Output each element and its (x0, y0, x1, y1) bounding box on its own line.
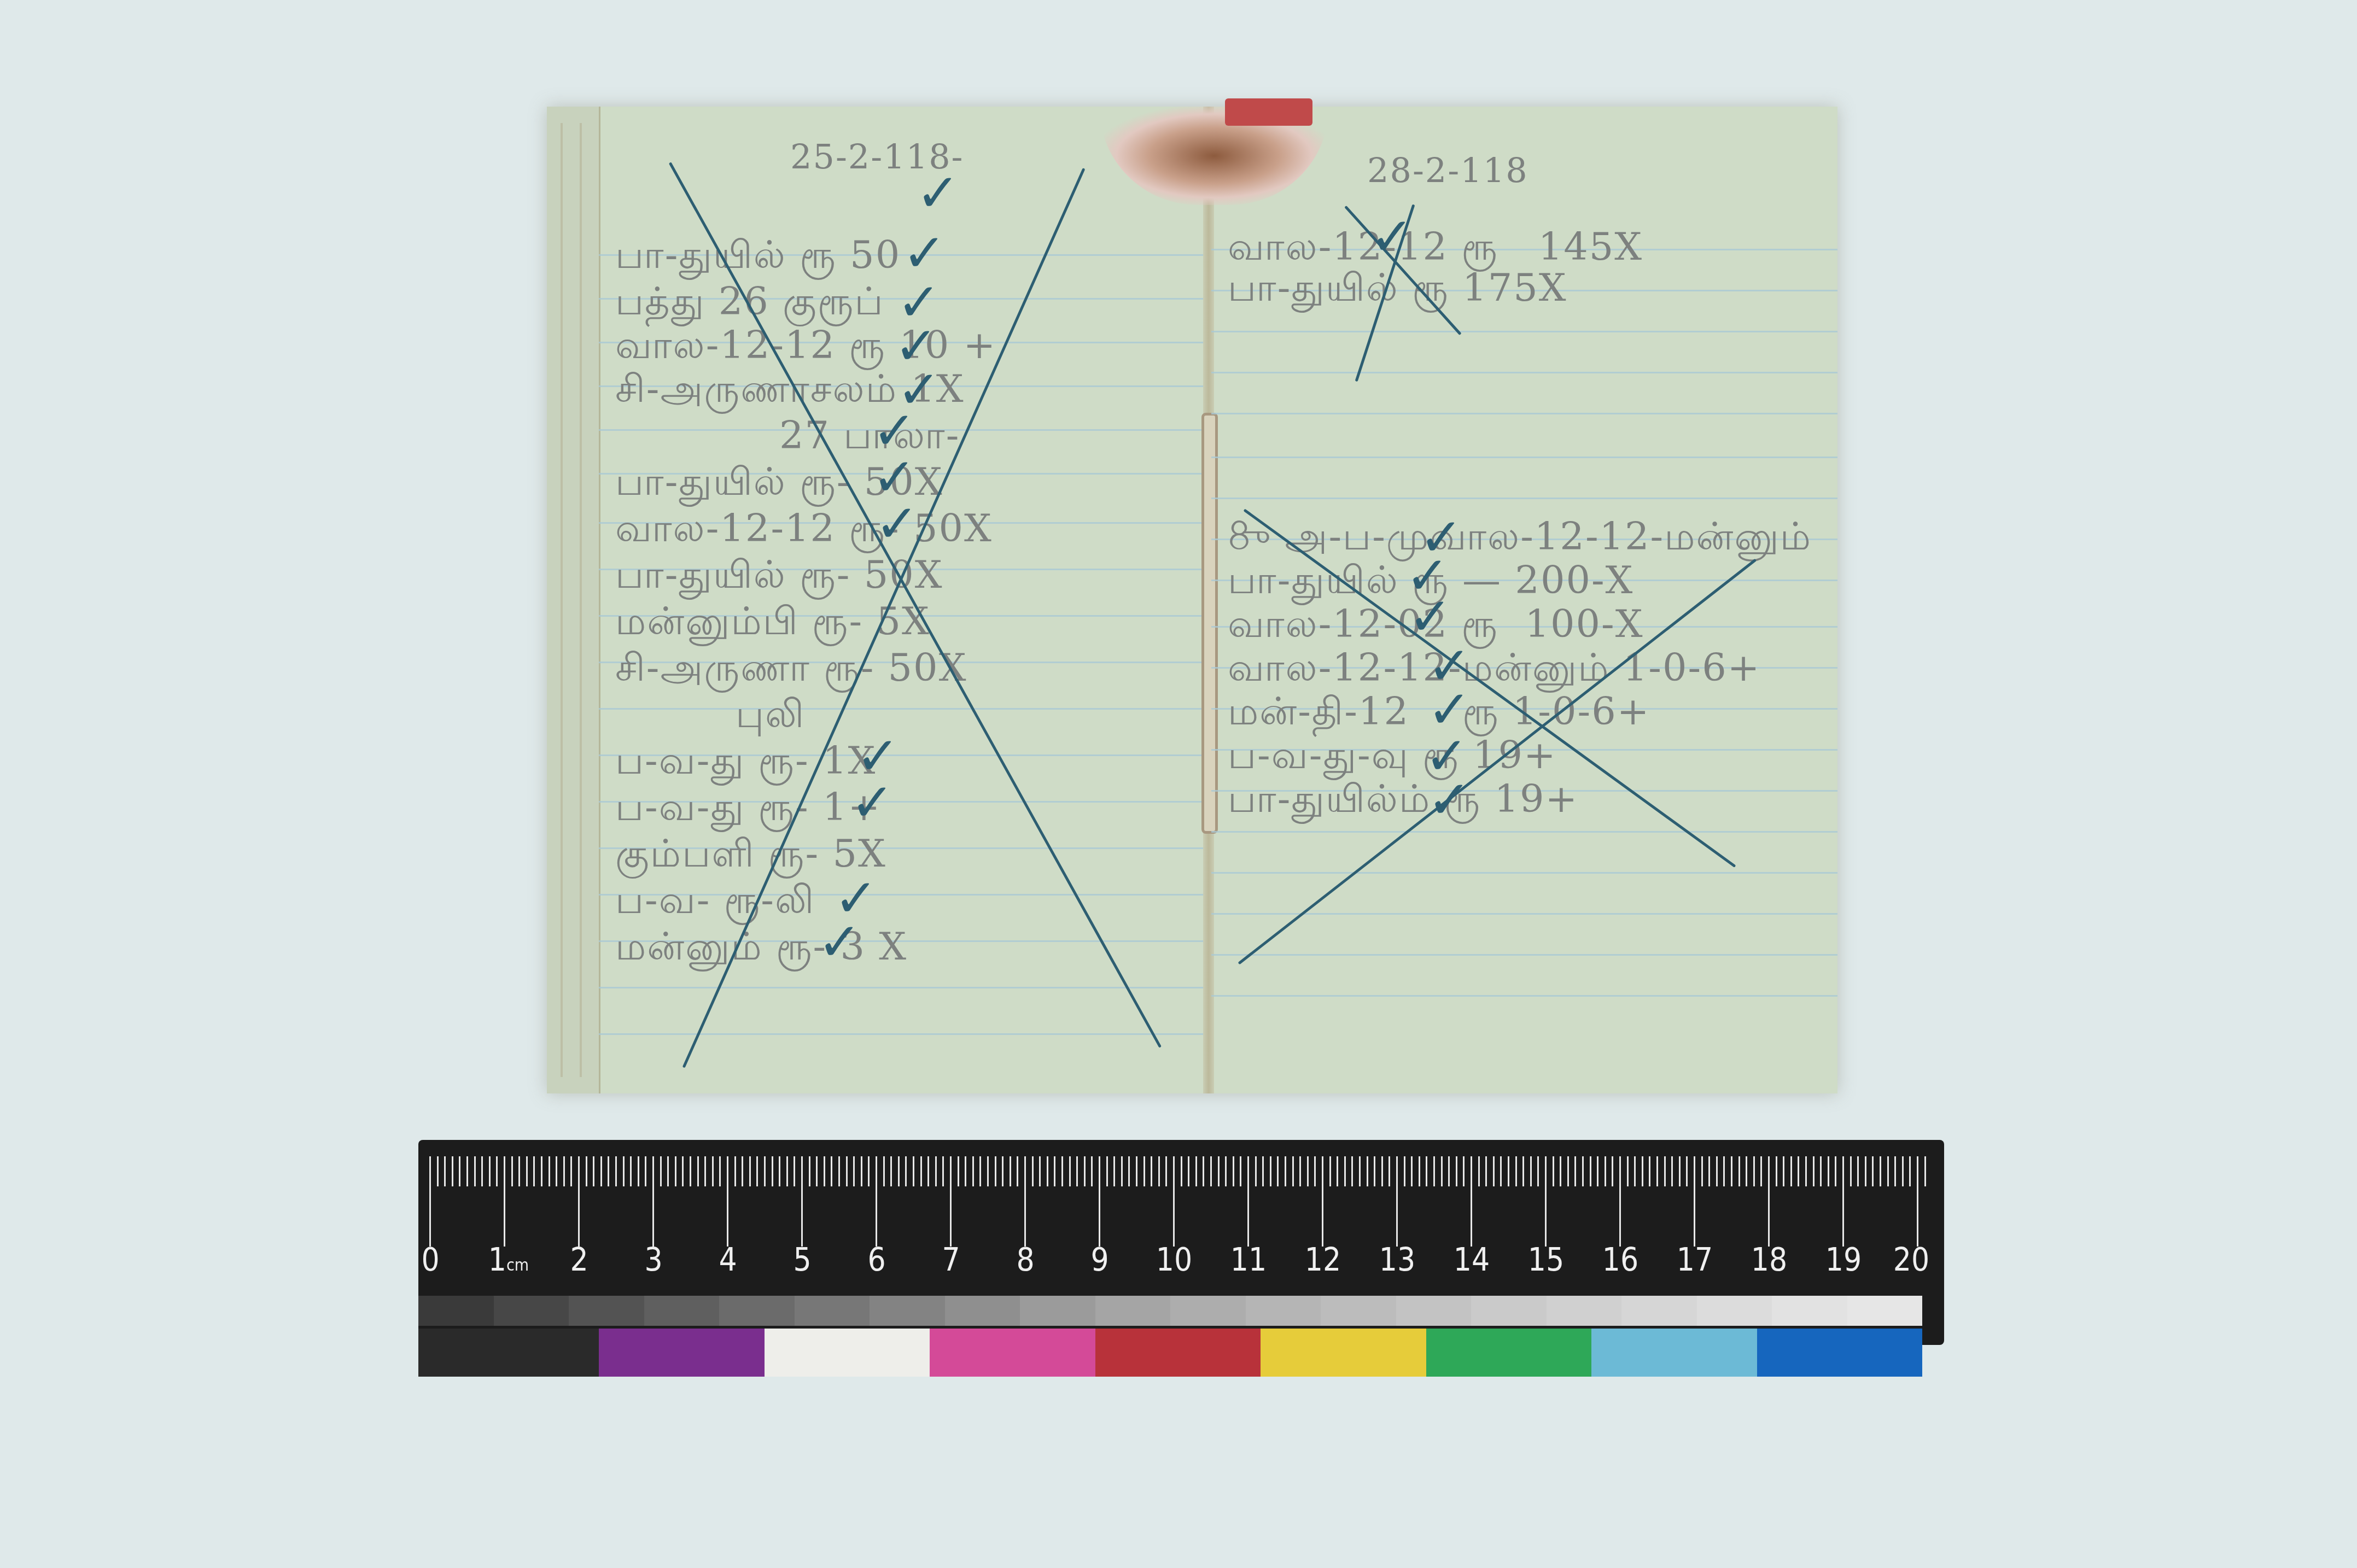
ruler-label: 18 (1751, 1241, 1787, 1278)
spine-line (580, 123, 582, 1077)
ruler-label: 12 (1305, 1241, 1341, 1278)
cm-tick (1619, 1186, 1621, 1247)
ruler-label: 10 (1156, 1241, 1192, 1278)
ruled-line (599, 708, 1209, 710)
ruler-label: 6 (867, 1241, 885, 1278)
ink-check-mark: ✓ (850, 776, 894, 829)
handwritten-line: பா-துயில் ரூ 175X (1228, 265, 1567, 315)
right-page-date: 28-2-118 (1367, 150, 1528, 190)
ruler-label: 16 (1602, 1241, 1638, 1278)
cyan-swatch (1591, 1329, 1757, 1377)
cm-tick (1247, 1186, 1249, 1247)
handwritten-line: பா-துயில்ம் ரூ 19+ (1228, 776, 1578, 826)
ruled-line (1211, 954, 1837, 956)
gray-step (1170, 1296, 1246, 1326)
ruler-label: 0 (421, 1241, 439, 1278)
color-checker-strip (418, 1329, 1922, 1377)
yellow-swatch (1261, 1329, 1426, 1377)
handwritten-line: மன்னும்பி ரூ- 5X (615, 599, 930, 648)
grayscale-strip (418, 1296, 1922, 1326)
cm-tick (1173, 1186, 1175, 1247)
ruler-label: 1cm (488, 1241, 529, 1278)
gray-step (870, 1296, 945, 1326)
ruler-label: 8 (1016, 1241, 1034, 1278)
left-page: 25-2-118- பா-துயில் ரூ 50 பத்து 26 குரூப… (599, 107, 1209, 1093)
gray-step (1471, 1296, 1547, 1326)
red-swatch (1095, 1329, 1261, 1377)
gray-step (1396, 1296, 1472, 1326)
ruler-label: 3 (644, 1241, 662, 1278)
cm-tick (1917, 1186, 1918, 1247)
black-swatch (418, 1329, 599, 1377)
ruler-label: 15 (1528, 1241, 1564, 1278)
cm-tick (1396, 1186, 1398, 1247)
magenta-swatch (930, 1329, 1095, 1377)
cm-tick (1694, 1186, 1695, 1247)
ruled-line (1211, 331, 1837, 332)
cm-tick (652, 1186, 654, 1247)
spine-line (561, 123, 563, 1077)
cm-tick (801, 1186, 803, 1247)
gray-step (418, 1296, 494, 1326)
gray-step (795, 1296, 870, 1326)
cm-tick (504, 1186, 505, 1247)
gray-step (644, 1296, 720, 1326)
ruled-line (1211, 872, 1837, 874)
millimeter-ticks (429, 1156, 1930, 1186)
ruler-label: 11 (1230, 1241, 1267, 1278)
ruler-label: 13 (1379, 1241, 1415, 1278)
handwritten-line: ப-வ- ரூ-லி (615, 877, 815, 927)
ruled-line (599, 987, 1209, 988)
ruler-label: 20 (1893, 1241, 1929, 1278)
gray-step (494, 1296, 569, 1326)
handwritten-line: ப-வ-து ரூ- 1X (615, 738, 876, 788)
gray-step (945, 1296, 1020, 1326)
cm-tick (1768, 1186, 1770, 1247)
cm-tick (1471, 1186, 1472, 1247)
ink-check-mark: ✓ (916, 167, 960, 219)
ruler-label: 19 (1825, 1241, 1862, 1278)
notebook: 25-2-118- பா-துயில் ரூ 50 பத்து 26 குரூப… (547, 107, 1837, 1093)
cm-tick (876, 1186, 877, 1247)
ruled-line (1211, 457, 1837, 458)
ink-check-mark: ✓ (1427, 774, 1471, 826)
ruler-label: 5 (793, 1241, 811, 1278)
cm-tick (1099, 1186, 1100, 1247)
ruled-line (1211, 413, 1837, 414)
handwritten-line: புலி (736, 692, 805, 741)
ruler-label: 2 (570, 1241, 588, 1278)
right-page: 28-2-118 வால-12-12 ரூ 145X பா-துயில் ரூ … (1211, 107, 1837, 1093)
green-swatch (1426, 1329, 1592, 1377)
cm-tick (727, 1186, 728, 1247)
cm-tick (1842, 1186, 1844, 1247)
gray-step (1772, 1296, 1847, 1326)
gray-step (1697, 1296, 1772, 1326)
blue-swatch (1757, 1329, 1923, 1377)
ink-check-mark: ✓ (875, 498, 919, 550)
handwritten-line: 8ு அ-ப-முவால-12-12-மன்னும் (1228, 514, 1812, 564)
scale-ruler: 0 1cm 2 3 4 5 6 7 8 9 10 11 12 13 14 15 … (418, 1140, 1944, 1345)
gray-step (719, 1296, 795, 1326)
gray-step (1547, 1296, 1622, 1326)
ruled-line (599, 1033, 1209, 1035)
gray-step (1847, 1296, 1923, 1326)
cm-tick (578, 1186, 580, 1247)
gray-step (1020, 1296, 1095, 1326)
cm-tick (1545, 1186, 1547, 1247)
gray-step (1321, 1296, 1396, 1326)
gray-step (569, 1296, 644, 1326)
cm-tick (1024, 1186, 1026, 1247)
ink-check-mark: ✓ (1370, 210, 1414, 263)
white-swatch (765, 1329, 930, 1377)
handwritten-line: பா-துயில் ரூ 50 (615, 232, 901, 282)
handwritten-line: சி-அருணா ரூ- 50X (615, 645, 967, 695)
cm-tick (429, 1186, 431, 1247)
gray-step (1246, 1296, 1321, 1326)
handwritten-line: வால-12-12-மன்னும் 1-0-6+ (1228, 645, 1760, 695)
cm-tick (950, 1186, 952, 1247)
gray-step (1095, 1296, 1171, 1326)
ruler-label: 14 (1454, 1241, 1490, 1278)
ruler-label: 4 (719, 1241, 737, 1278)
purple-swatch (599, 1329, 765, 1377)
ruler-label: 7 (942, 1241, 960, 1278)
cm-tick (1322, 1186, 1323, 1247)
ruler-label: 9 (1090, 1241, 1109, 1278)
notebook-spine (547, 107, 600, 1093)
ruler-label: 17 (1677, 1241, 1713, 1278)
handwritten-line: ப-வ-து-வு ரூ 19+ (1228, 733, 1557, 782)
handwritten-line: வால-12-12 ரூ- 50X (615, 506, 993, 555)
ruled-line (1211, 372, 1837, 373)
handwritten-line: ப-வ-து ரூ- 1+ (615, 785, 881, 834)
ruled-line (1211, 498, 1837, 499)
ink-check-mark: ✓ (818, 916, 861, 968)
ruled-line (1211, 995, 1837, 997)
handwritten-line: மன்னும் ரூ- 3 X (615, 924, 907, 974)
gray-step (1621, 1296, 1697, 1326)
ruled-line (1211, 831, 1837, 833)
